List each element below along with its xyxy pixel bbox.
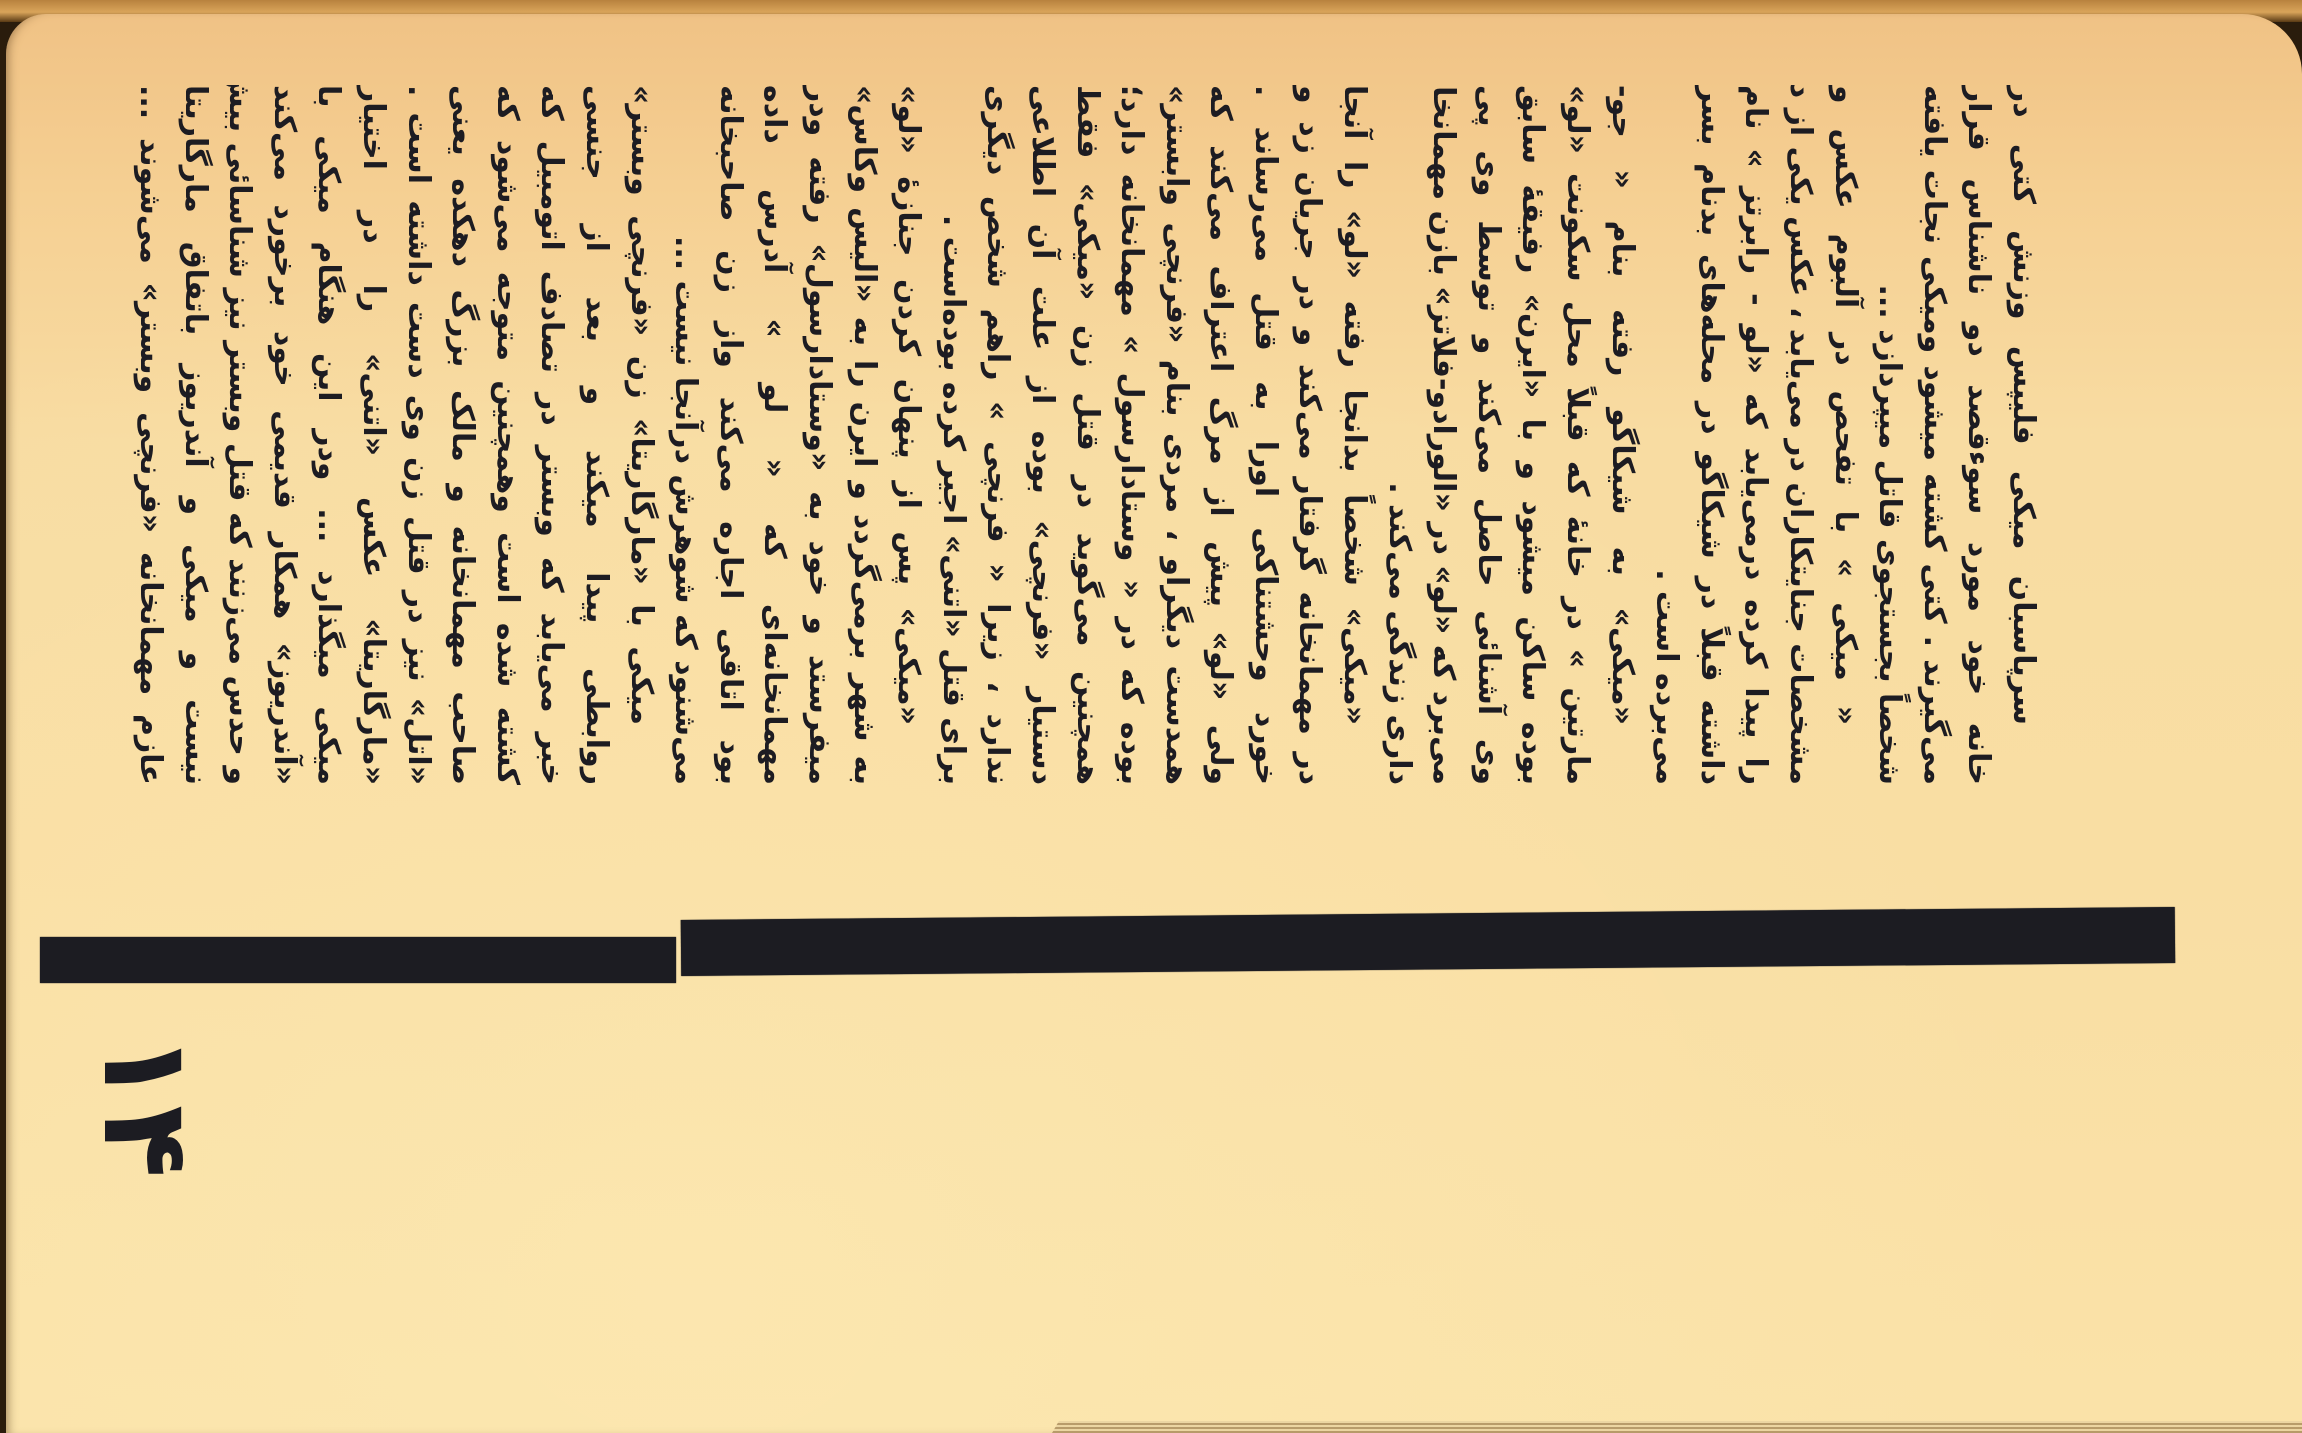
article-line: خبر می‌یابد که وبستر در تصادف اتومبیل که xyxy=(529,85,574,785)
article-line: به شهر برمی‌گردد و ایرن را به «الیس وکاس… xyxy=(841,85,886,785)
article-line: مشخصات جنایتکاران در می‌یابد ، عکس یکی ا… xyxy=(1777,85,1822,785)
article-line: خانه خود مورد سوءقصد دو ناشناس قرار xyxy=(1956,85,2001,785)
page-number: ۱۴ xyxy=(85,990,205,1220)
article-line: «میکی» پس از پنهان کردن جنازهٔ «لو» xyxy=(886,85,931,785)
article-line: بود اتاقی اجاره می‌کند واز زن صاحبخانه xyxy=(707,85,752,785)
article-line: شخصاً بجستجوی قاتل میپردازد ... xyxy=(1867,85,1912,785)
article-line: را پیدا کرده درمی‌یابد که «لو - رابرتز »… xyxy=(1733,85,1778,785)
article-line: «آندریوز» همکار قدیمی خود برخورد می‌کند xyxy=(261,85,306,785)
article-line: کشته شده است وهمچنین متوجه می‌شود که xyxy=(484,85,529,785)
article-line: نیست و میکی و آندریوز باتفاق مارگاریتا xyxy=(172,85,217,785)
article-line: روابطی پیدا میکند و بعد از جنسی xyxy=(573,85,618,785)
article-line: « میکی » با تفحص در آلبوم عکس و xyxy=(1822,85,1867,785)
article-line: بوده که در « وستادارسول » مهمانخانه دارد… xyxy=(1109,85,1154,785)
article-line: می‌گیرند . کتی کشته میشود ومیکی نجات یاف… xyxy=(1911,85,1956,785)
article-line: می‌برده است . xyxy=(1644,85,1689,785)
article-line: «اتل» نیز در قتل زن وی دست داشته است . xyxy=(395,85,440,785)
article-line: عازم مهمانخانه «فرنچی وبستر» می‌شوند ... xyxy=(127,85,172,785)
article-line: سرپاسبان میکی فلیپس وزنش کتی در xyxy=(2000,85,2045,785)
article-line: صاحب مهمانخانه و مالک بزرگ دهکده یعنی xyxy=(440,85,485,785)
article-text: سرپاسبان میکی فلیپس وزنش کتی درخانه خود … xyxy=(165,85,2045,785)
article-line: میفرستد و خود به «وستادارسول» رفته ودر xyxy=(796,85,841,785)
article-line: ندارد ، زیرا « فرنچی » راهم شخص دیگری xyxy=(975,85,1020,785)
article-line: «مارگاریتا» عکس «اتنی» را در اختیار xyxy=(350,85,395,785)
divider-bar-left xyxy=(40,937,676,983)
article-line: وی آشنائی حاصل می‌کند و توسط وی پی xyxy=(1465,85,1510,785)
article-line: همچنین می‌گوید در قتل زن «میکی» فقط xyxy=(1064,85,1109,785)
article-line: مارتین » در خانهٔ که قبلاً محل سکونت «لو… xyxy=(1554,85,1599,785)
article-line: و حدس می‌زنند که قتل وبستر نیز شناسائی ب… xyxy=(217,85,262,785)
article-line: داری زندگی می‌کند . xyxy=(1376,85,1421,785)
article-line: می‌شنود که شوهرش درآنجا نیست ... xyxy=(663,85,708,785)
article-line: خورد وحشتناکی اورا به قتل می‌رساند . xyxy=(1242,85,1287,785)
article-line: «میکی» شخصاً بدانجا رفته «لو» را آنجا xyxy=(1332,85,1377,785)
article-line: همدست دیگراو ، مردی بنام «فرنچی وابستر» xyxy=(1153,85,1198,785)
article-line: در مهمانخانه گرفتار می‌کند و در جریان زد… xyxy=(1287,85,1332,785)
article-line: بوده ساکن میشود و با «ایرن» رفیقهٔ سابق xyxy=(1510,85,1555,785)
article-line: دستیار «فرنچی» بوده از علت آن اطلاعی xyxy=(1019,85,1064,785)
article-line: داشته قبلاً در شیکاگو در محله‌های بدنام … xyxy=(1688,85,1733,785)
article-line: میکی با «مارگاریتا» زن «فرنچی وبستر» xyxy=(618,85,663,785)
article-line: ولی «لو» پیش از مرگ اعتراف می‌کند که xyxy=(1198,85,1243,785)
article-line: مهمانخانه‌ای که « لو » آدرس داده xyxy=(752,85,797,785)
article-line: میکی میگذارد ... ودر این هنگام میکی با xyxy=(306,85,351,785)
article-line: «میکی» به شیکاگو رفته بنام « جو- xyxy=(1599,85,1644,785)
article-line: می‌برد که «لو» در «الورادو-فلاتز» بازن م… xyxy=(1421,85,1466,785)
article-line: برای قتل «اتنی» اجیر کرده بوده‌است . xyxy=(930,85,975,785)
page-stack-edge xyxy=(1052,1421,2302,1433)
